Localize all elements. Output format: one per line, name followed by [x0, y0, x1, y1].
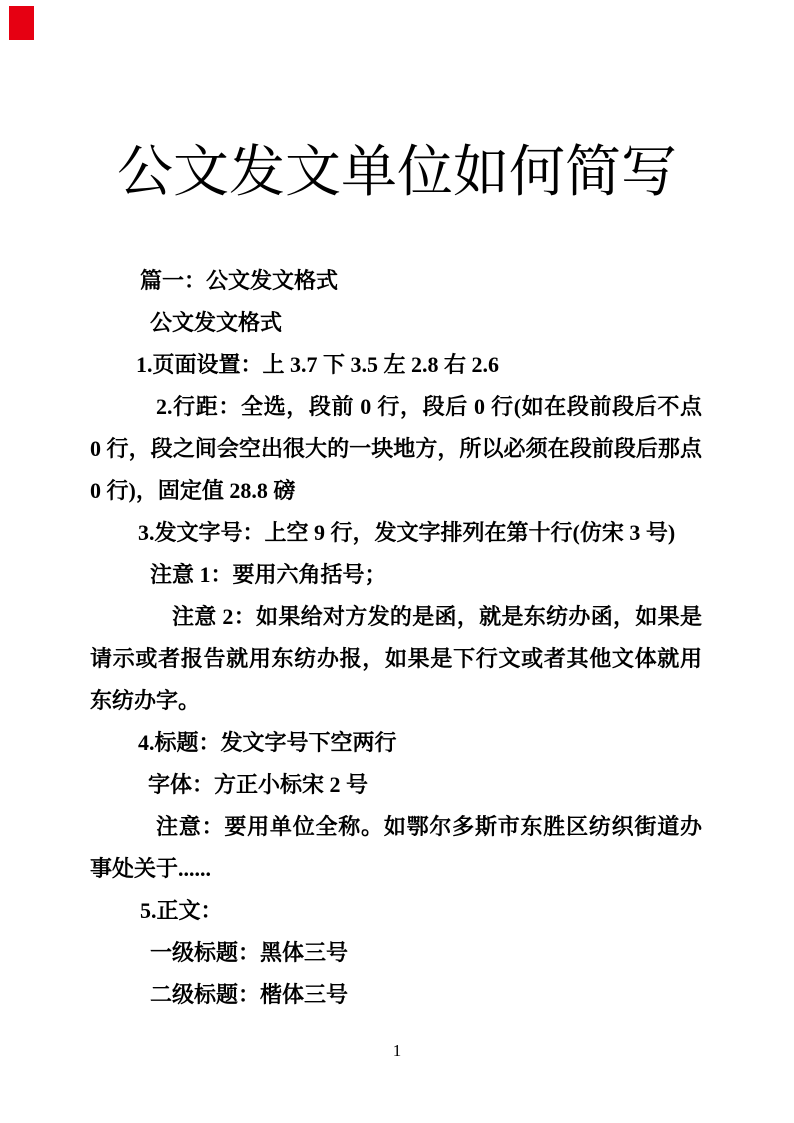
paragraph: 5.正文：: [90, 890, 702, 932]
paragraph: 注意：要用单位全称。如鄂尔多斯市东胜区纺织街道办事处关于......: [90, 806, 702, 890]
paragraph: 篇一：公文发文格式: [90, 260, 702, 302]
paragraph: 字体：方正小标宋 2 号: [90, 764, 702, 806]
paragraph: 3.发文字号：上空 9 行，发文字排列在第十行(仿宋 3 号): [90, 512, 702, 554]
document-title: 公文发文单位如何简写: [70, 0, 724, 204]
red-corner-mark: [9, 6, 34, 40]
paragraph: 4.标题：发文字号下空两行: [90, 722, 702, 764]
paragraph: 一级标题：黑体三号: [90, 932, 702, 974]
document-page: { "page": { "title": "公文发文单位如何简写", "page…: [0, 0, 794, 1123]
paragraph: 二级标题：楷体三号: [90, 974, 702, 1016]
paragraph: 1.页面设置：上 3.7 下 3.5 左 2.8 右 2.6: [90, 344, 702, 386]
paragraph: 公文发文格式: [90, 302, 702, 344]
document-body: 篇一：公文发文格式公文发文格式1.页面设置：上 3.7 下 3.5 左 2.8 …: [90, 260, 702, 1016]
paragraph: 注意 2：如果给对方发的是函，就是东纺办函，如果是请示或者报告就用东纺办报，如果…: [90, 596, 702, 722]
page-number: 1: [0, 1041, 794, 1061]
paragraph: 注意 1：要用六角括号；: [90, 554, 702, 596]
paragraph: 2.行距：全选，段前 0 行，段后 0 行(如在段前段后不点 0 行，段之间会空…: [90, 386, 702, 512]
